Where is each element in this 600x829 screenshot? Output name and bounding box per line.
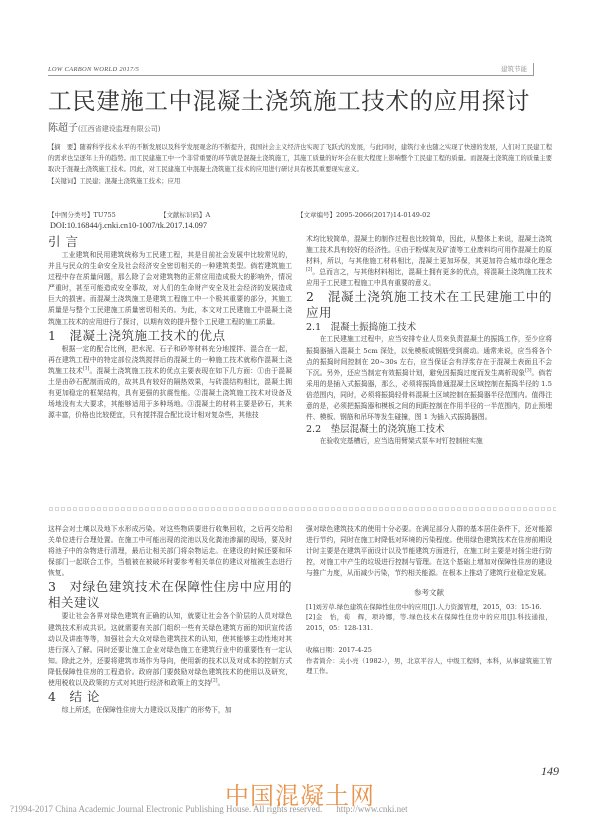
- section-3-heading: 3 对绿色建筑技术在保障性住房中应用的相关建议: [48, 579, 292, 611]
- reference-item: [2]金 怡，荀 辉，项玲娜，等.绿色技术在保障性住房中的应用[J].科技通报，…: [306, 612, 552, 633]
- s3-end: 。: [218, 679, 225, 687]
- abstract-text: 随着科学技术水平的不断发展以及科学发展观念的不断提升，我国社会主义经济也实现了飞…: [48, 144, 552, 173]
- journal-name: LOW CARBON WORLD 2017/5: [48, 66, 139, 75]
- article-no-field: 【文章编号】2095-2066(2017)14-0149-02: [297, 210, 430, 219]
- section-2-1-heading: 2.1 混凝土振捣施工技术: [306, 321, 552, 334]
- section-2-2-heading: 2.2 垫层混凝土的浇筑施工技术: [306, 423, 552, 436]
- clc-value: TU755: [94, 211, 116, 219]
- section-2-1-paragraph: 在工民建施工过程中，应当安排专业人员来负责混凝土的振捣工作，至少应将振捣器插入混…: [306, 334, 552, 423]
- section-tag: 建筑节能: [501, 63, 534, 75]
- abstract-block: 【摘 要】随着科学技术水平的不断发展以及科学发展观念的不断提升，我国社会主义经济…: [48, 142, 552, 187]
- section-1-heading: 1 混凝土浇筑施工技术的优点: [48, 328, 292, 344]
- upper-right-column: 术均比较简单，混凝土的制作过程也比较简单，因此，从整体上来说，混凝土浇筑施工技术…: [306, 234, 552, 447]
- reference-item: [1]刘芳草.绿色建筑在保障性住房中的应用[J].人力资源管理，2015，03：…: [306, 602, 552, 613]
- references-heading: 参考文献: [306, 587, 552, 598]
- lower-left-column: 这样会对土壤以及地下水形成污染。对这些物质要进行收集回收，之后再交给相关单位进行…: [48, 524, 292, 716]
- s1-text-cont: 。混凝土浇筑施工技术的优点主要表现在如下几方面：①由于混凝土是由砂石配制而成的，…: [48, 367, 292, 419]
- s21-text: 在工民建施工过程中，应当安排专业人员来负责混凝土的振捣工作，至少应将振捣器插入混…: [306, 335, 552, 376]
- section-2-2-paragraph: 在验收完基槽后，应当选用臂架式泵车对钉控制桩实施: [306, 436, 552, 447]
- section-3-paragraph: 要让社会各界对绿色建筑有正确的认知，就要让社会各个阶层的人员对绿色建筑技术形成共…: [48, 611, 292, 689]
- section-4-paragraph: 综上所述，在保障性住房大力建设以及推广的形势下，加: [48, 705, 292, 716]
- lower-right-paragraph: 强对绿色建筑技术的使用十分必要。在满足部分人群的基本居住条件下，还对能源进行节约…: [306, 524, 552, 579]
- abstract-label: 【摘 要】: [48, 144, 80, 151]
- classification-row: 【中图分类号】TU755 【文献标识码】A 【文章编号】2095-2066(20…: [48, 210, 552, 219]
- lower-right-column: 强对绿色建筑技术的使用十分必要。在满足部分人群的基本居住条件下，还对能源进行节约…: [306, 524, 552, 677]
- s3-text: 要让社会各界对绿色建筑有正确的认知，就要让社会各个阶层的人员对绿色建筑技术形成共…: [48, 612, 292, 687]
- clc-label: 【中图分类号】: [48, 210, 94, 219]
- author-name: 陈超子: [48, 123, 78, 134]
- author-bio: 作者简介：关小亮（1982-），男，北京平谷人，中级工程师，本科，从事建筑施工管…: [306, 656, 552, 677]
- section-2-heading: 2 混凝土浇筑施工技术在工民建施工中的应用: [306, 289, 552, 321]
- cont-text-end: 。总而言之，与其他材料相比，混凝土拥有更多的优点，将混凝土浇筑施工技术应用于工民…: [306, 268, 552, 287]
- doi: DOI:10.16844/j.cnki.cn10-1007/tk.2017.14…: [50, 221, 207, 230]
- keywords: 【关键词】工民建；混凝土浇筑施工技术；应用: [48, 176, 552, 187]
- doc-code-value: A: [206, 211, 211, 219]
- continuation-paragraph: 术均比较简单，混凝土的制作过程也比较简单，因此，从整体上来说，混凝土浇筑施工技术…: [306, 234, 552, 289]
- cnki-link[interactable]: http://www.cnki.net: [336, 804, 407, 814]
- author-affiliation: (江西省建设监理有限公司): [78, 125, 160, 133]
- doc-code-label: 【文献标识码】: [160, 210, 206, 219]
- abstract: 【摘 要】随着科学技术水平的不断发展以及科学发展观念的不断提升，我国社会主义经济…: [48, 142, 552, 176]
- author-line: 陈超子(江西省建设监理有限公司): [48, 119, 160, 134]
- doc-code-field: 【文献标识码】A: [160, 210, 297, 219]
- copyright-line: ?1994-2017 China Academic Journal Electr…: [10, 804, 510, 814]
- keywords-text: 工民建；混凝土浇筑施工技术；应用: [79, 178, 180, 185]
- article-no-value: 2095-2066(2017)14-0149-02: [336, 211, 430, 219]
- article-title: 工民建施工中混凝土浇筑施工技术的应用探讨: [48, 86, 548, 116]
- lower-continuation-paragraph: 这样会对土壤以及地下水形成污染。对这些物质要进行收集回收，之后再交给相关单位进行…: [48, 524, 292, 579]
- keywords-label: 【关键词】: [48, 178, 79, 185]
- copyright-text: ?1994-2017 China Academic Journal Electr…: [10, 804, 322, 814]
- clc-field: 【中图分类号】TU755: [48, 210, 160, 219]
- intro-paragraph: 工业建筑和民用建筑统称为工民建工程，其是目前社会发展中比较常见的，并且与民众的生…: [48, 250, 292, 328]
- section-1-paragraph: 根据一定的配合比例，把水泥、石子和砂等材料充分地搅拌、混合在一起，再在建筑工程中…: [48, 344, 292, 422]
- section-4-heading: 4 结 论: [48, 689, 292, 705]
- wavy-divider: [48, 506, 556, 512]
- running-header: LOW CARBON WORLD 2017/5 建筑节能: [48, 62, 534, 76]
- received-date: 收稿日期：2017-4-25: [306, 645, 552, 656]
- cont-text: 术均比较简单，混凝土的制作过程也比较简单，因此，从整体上来说，混凝土浇筑施工技术…: [306, 235, 552, 265]
- upper-left-column: 引 言 工业建筑和民用建筑统称为工民建工程，其是目前社会发展中比较常见的，并且与…: [48, 234, 292, 421]
- intro-heading: 引 言: [48, 234, 292, 250]
- article-no-label: 【文章编号】: [297, 210, 336, 219]
